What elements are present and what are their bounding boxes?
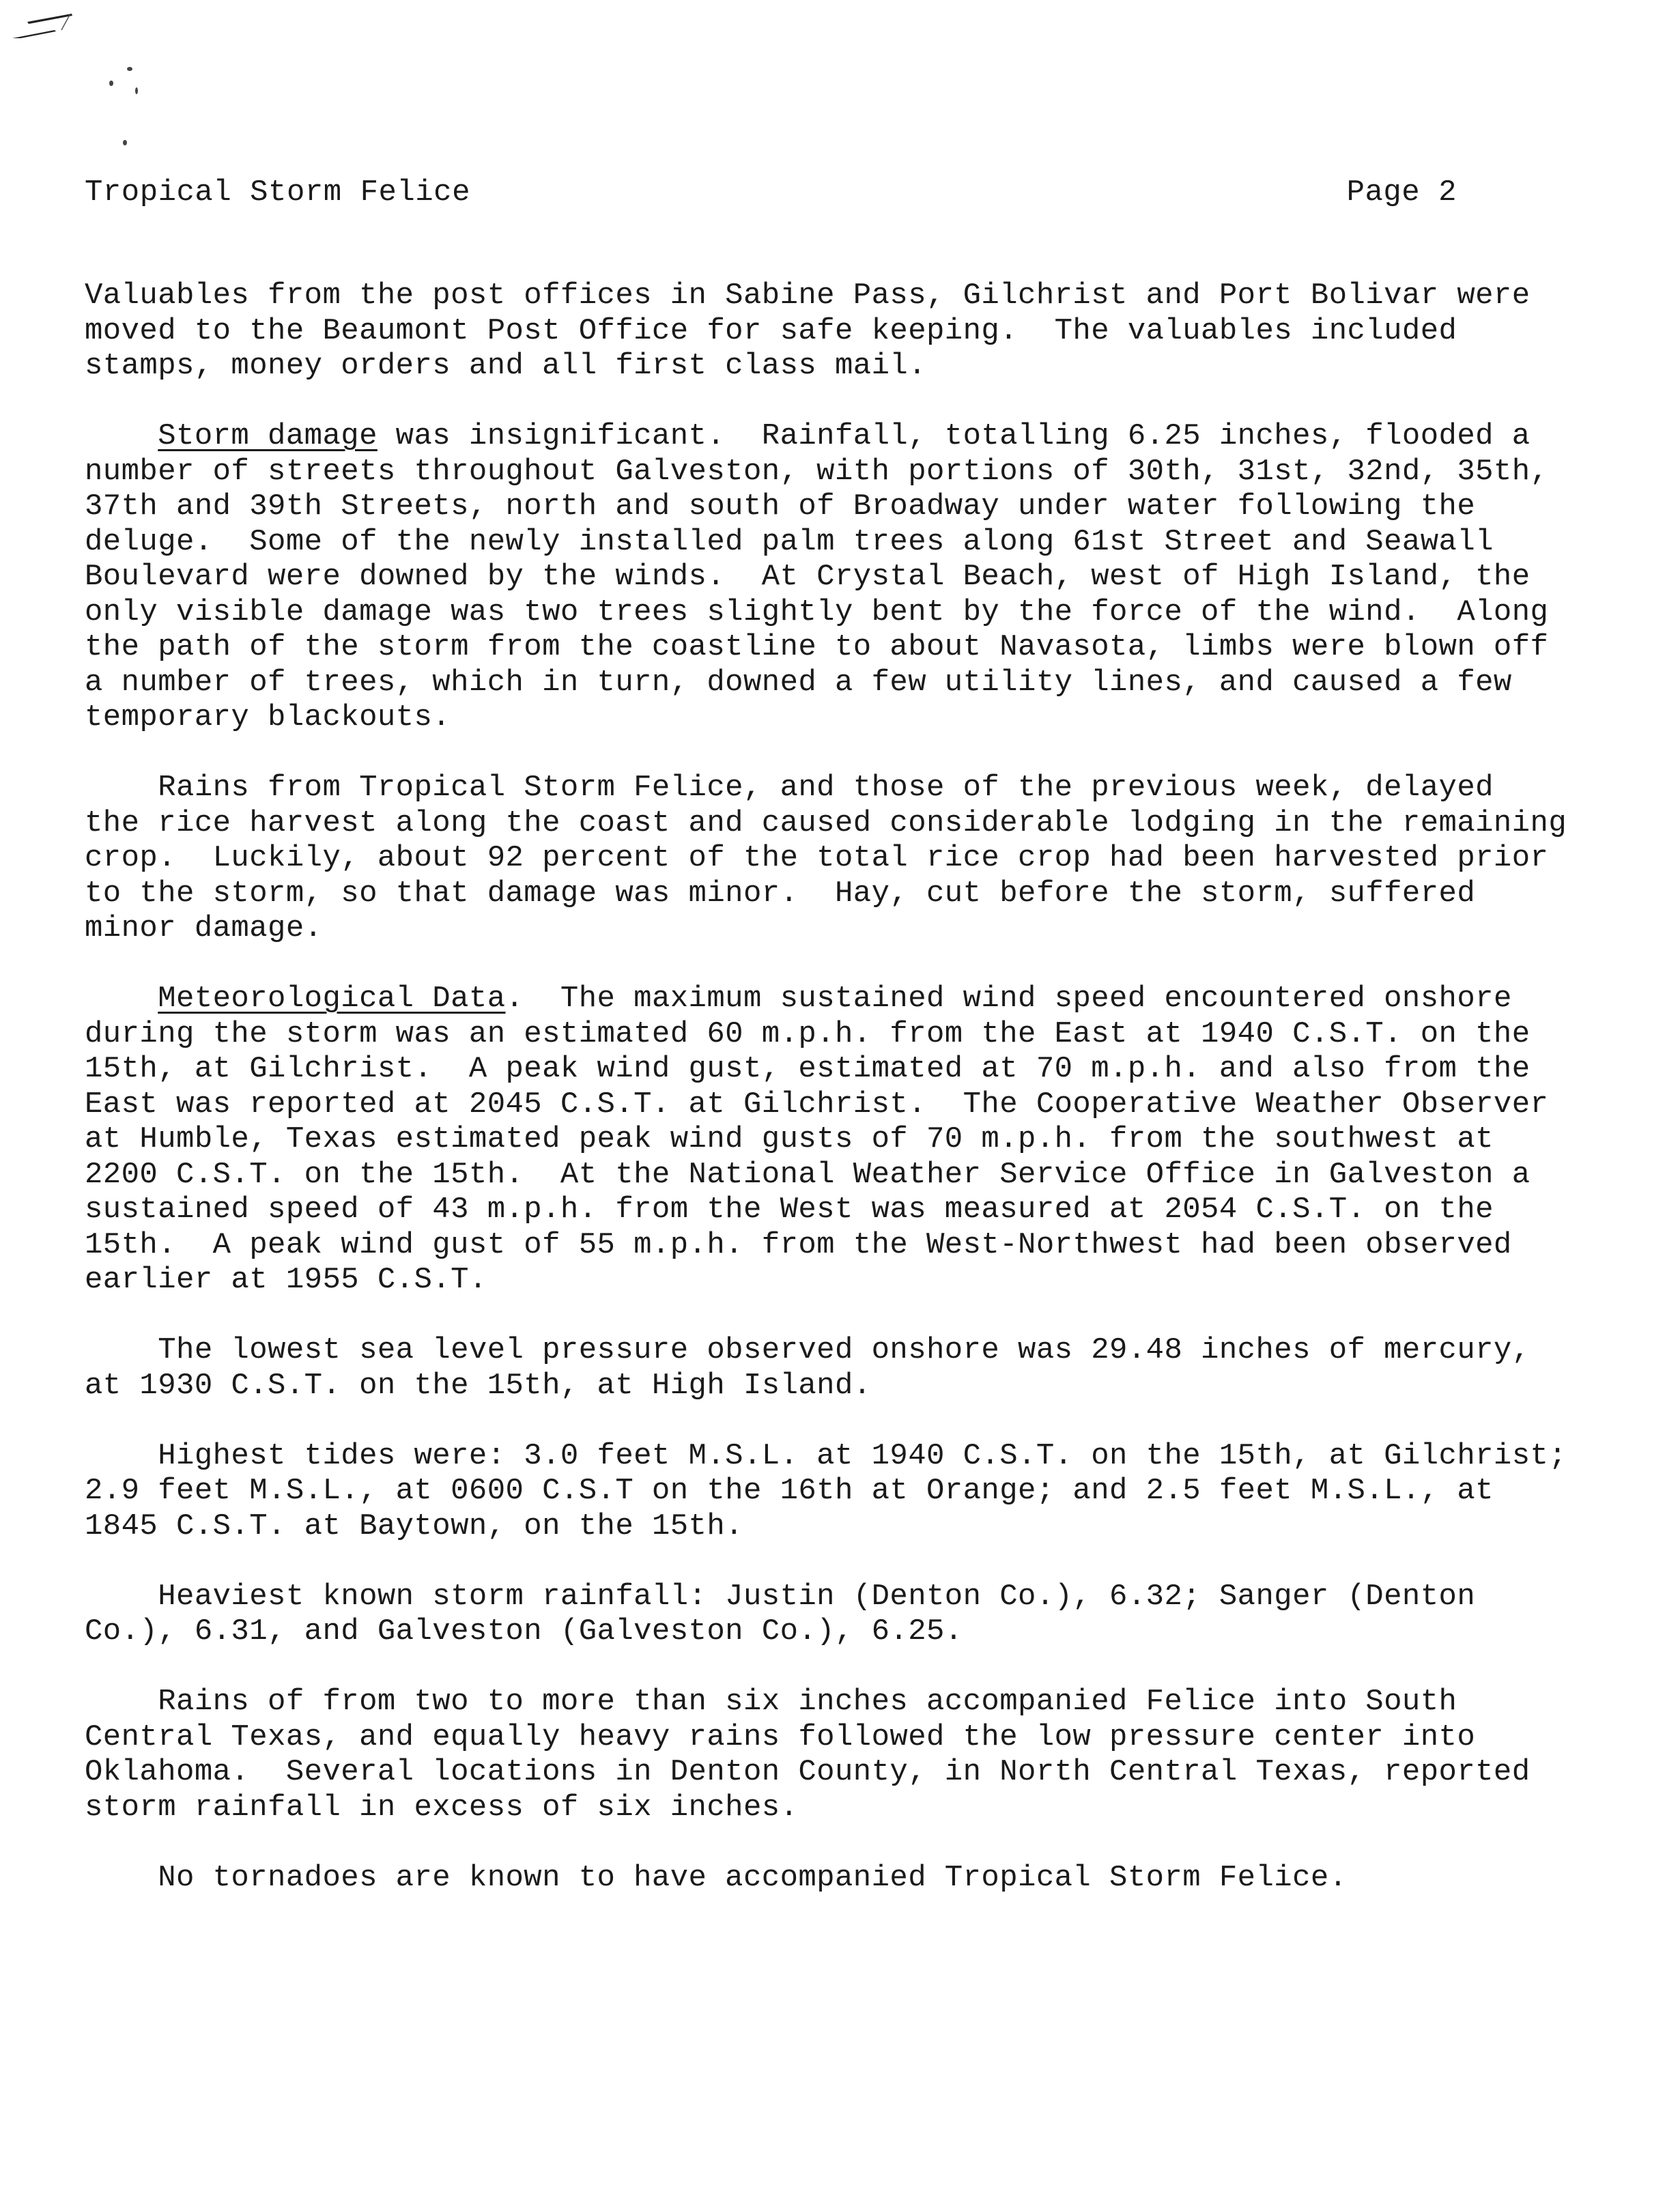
text-line: Meteorological Data. The maximum sustain… — [85, 982, 1491, 1017]
paragraph: Rains of from two to more than six inche… — [85, 1685, 1491, 1825]
text-line: crop. Luckily, about 92 percent of the t… — [85, 841, 1491, 876]
text-line: deluge. Some of the newly installed palm… — [85, 525, 1491, 560]
text-line: number of streets throughout Galveston, … — [85, 455, 1491, 490]
paragraph: The lowest sea level pressure observed o… — [85, 1333, 1491, 1403]
text-line: 15th, at Gilchrist. A peak wind gust, es… — [85, 1052, 1491, 1087]
text-line: the rice harvest along the coast and cau… — [85, 806, 1491, 842]
text-line: Heaviest known storm rainfall: Justin (D… — [85, 1580, 1491, 1615]
text-line: at Humble, Texas estimated peak wind gus… — [85, 1122, 1491, 1158]
section-heading: Storm damage — [158, 419, 378, 453]
scan-artifact-mark — [7, 11, 89, 38]
text-line: No tornadoes are known to have accompani… — [85, 1861, 1491, 1896]
text-line: East was reported at 2045 C.S.T. at Gilc… — [85, 1087, 1491, 1123]
text-line: 1845 C.S.T. at Baytown, on the 15th. — [85, 1509, 1491, 1545]
text-line: Co.), 6.31, and Galveston (Galveston Co.… — [85, 1614, 1491, 1650]
document-page: Tropical Storm Felice Page 2 Valuables f… — [0, 0, 1680, 2211]
text-line: sustained speed of 43 m.p.h. from the We… — [85, 1193, 1491, 1228]
scan-speck — [109, 81, 113, 86]
text-line: minor damage. — [85, 911, 1491, 947]
text-line: stamps, money orders and all first class… — [85, 349, 1491, 384]
text-line: The lowest sea level pressure observed o… — [85, 1333, 1491, 1369]
paragraph: Heaviest known storm rainfall: Justin (D… — [85, 1580, 1491, 1650]
text-line: to the storm, so that damage was minor. … — [85, 876, 1491, 912]
scan-speck — [123, 140, 127, 145]
text-line: Rains of from two to more than six inche… — [85, 1685, 1491, 1720]
text-line: Highest tides were: 3.0 feet M.S.L. at 1… — [85, 1439, 1491, 1474]
text-line: Oklahoma. Several locations in Denton Co… — [85, 1755, 1491, 1791]
page-header: Tropical Storm Felice Page 2 — [85, 172, 1457, 213]
document-title: Tropical Storm Felice — [85, 172, 470, 213]
text-line: during the storm was an estimated 60 m.p… — [85, 1017, 1491, 1053]
section-heading: Meteorological Data — [158, 982, 505, 1016]
paragraph: Highest tides were: 3.0 feet M.S.L. at 1… — [85, 1439, 1491, 1545]
text-line: a number of trees, which in turn, downed… — [85, 666, 1491, 701]
page-number: Page 2 — [1347, 172, 1457, 213]
section-paragraph-meteorological-data: Meteorological Data. The maximum sustain… — [85, 982, 1491, 1298]
text-line: the path of the storm from the coastline… — [85, 630, 1491, 666]
document-body: Valuables from the post offices in Sabin… — [85, 279, 1491, 1931]
text-line: 37th and 39th Streets, north and south o… — [85, 489, 1491, 525]
text-line: 15th. A peak wind gust of 55 m.p.h. from… — [85, 1228, 1491, 1264]
text-line: earlier at 1955 C.S.T. — [85, 1263, 1491, 1298]
paragraph: Rains from Tropical Storm Felice, and th… — [85, 771, 1491, 947]
text-line: Storm damage was insignificant. Rainfall… — [85, 419, 1491, 455]
text-line: Rains from Tropical Storm Felice, and th… — [85, 771, 1491, 806]
text-line: storm rainfall in excess of six inches. — [85, 1791, 1491, 1826]
text-line: Central Texas, and equally heavy rains f… — [85, 1720, 1491, 1756]
section-paragraph-storm-damage: Storm damage was insignificant. Rainfall… — [85, 419, 1491, 736]
text-line: only visible damage was two trees slight… — [85, 595, 1491, 631]
text-line: moved to the Beaumont Post Office for sa… — [85, 314, 1491, 350]
text-line: at 1930 C.S.T. on the 15th, at High Isla… — [85, 1369, 1491, 1404]
text-line: Valuables from the post offices in Sabin… — [85, 279, 1491, 314]
scan-speck — [127, 67, 132, 71]
text-line: 2.9 feet M.S.L., at 0600 C.S.T on the 16… — [85, 1474, 1491, 1509]
text-line: Boulevard were downed by the winds. At C… — [85, 560, 1491, 595]
text-line: 2200 C.S.T. on the 15th. At the National… — [85, 1158, 1491, 1193]
scan-speck — [135, 87, 138, 94]
paragraph: Valuables from the post offices in Sabin… — [85, 279, 1491, 384]
text-line: temporary blackouts. — [85, 700, 1491, 736]
paragraph: No tornadoes are known to have accompani… — [85, 1861, 1491, 1896]
